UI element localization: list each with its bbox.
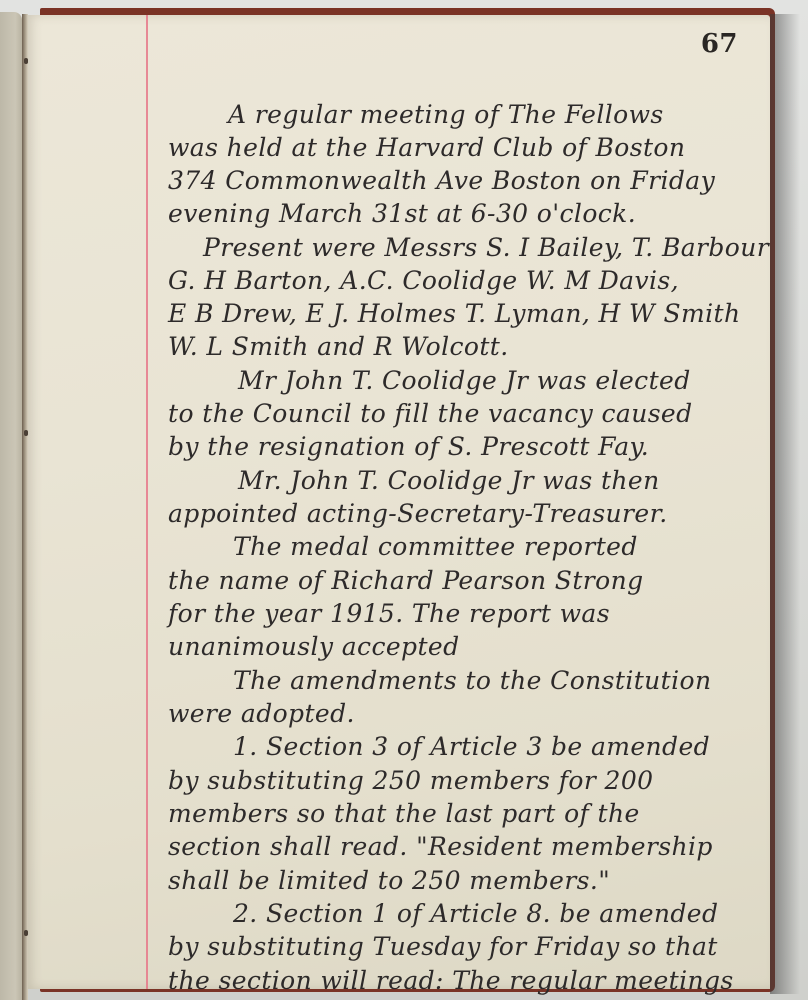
text-line: were adopted. [168,699,355,728]
text-line: 1. Section 3 of Article 3 be amended [233,732,710,761]
text-line: Mr John T. Coolidge Jr was elected [238,366,691,395]
text-line: unanimously accepted [168,632,460,661]
text-line: A regular meeting of The Fellows [228,100,664,129]
text-line: shall be limited to 250 members." [168,866,610,895]
page-shadow [770,14,800,994]
text-line: The amendments to the Constitution [233,666,711,695]
text-line: E B Drew, E J. Holmes T. Lyman, H W Smit… [168,299,740,328]
text-line: W. L Smith and R Wolcott. [168,332,509,361]
binding-hole [24,58,28,64]
binding-hole [24,430,28,436]
text-line: by the resignation of S. Prescott Fay. [168,432,649,461]
text-line: to the Council to fill the vacancy cause… [168,399,693,428]
book-spine-gutter [22,14,28,1000]
page-number: 67 [701,29,738,59]
text-line: the section will read: The regular meeti… [168,966,734,995]
text-line: section shall read. "Resident membership [168,832,713,861]
text-line: by substituting 250 members for 200 [168,766,653,795]
text-line: appointed acting-Secretary-Treasurer. [168,499,668,528]
red-margin-rule [146,15,148,989]
binding-hole [24,930,28,936]
text-line: G. H Barton, A.C. Coolidge W. M Davis, [168,266,679,295]
text-line: Present were Messrs S. I Bailey, T. Barb… [203,233,769,262]
text-line: Mr. John T. Coolidge Jr was then [238,466,660,495]
text-line: 2. Section 1 of Article 8. be amended [233,899,718,928]
text-line: by substituting Tuesday for Friday so th… [168,932,718,961]
facing-page-edge [0,12,22,1000]
text-line: was held at the Harvard Club of Boston [168,133,685,162]
ledger-page: 67 A regular meeting of The Fellows was … [26,15,770,989]
text-line: 374 Commonwealth Ave Boston on Friday [168,166,715,195]
text-line: the name of Richard Pearson Strong [168,566,643,595]
text-line: for the year 1915. The report was [168,599,610,628]
text-line: The medal committee reported [233,532,638,561]
text-line: evening March 31st at 6-30 o'clock. [168,199,636,228]
text-line: members so that the last part of the [168,799,640,828]
